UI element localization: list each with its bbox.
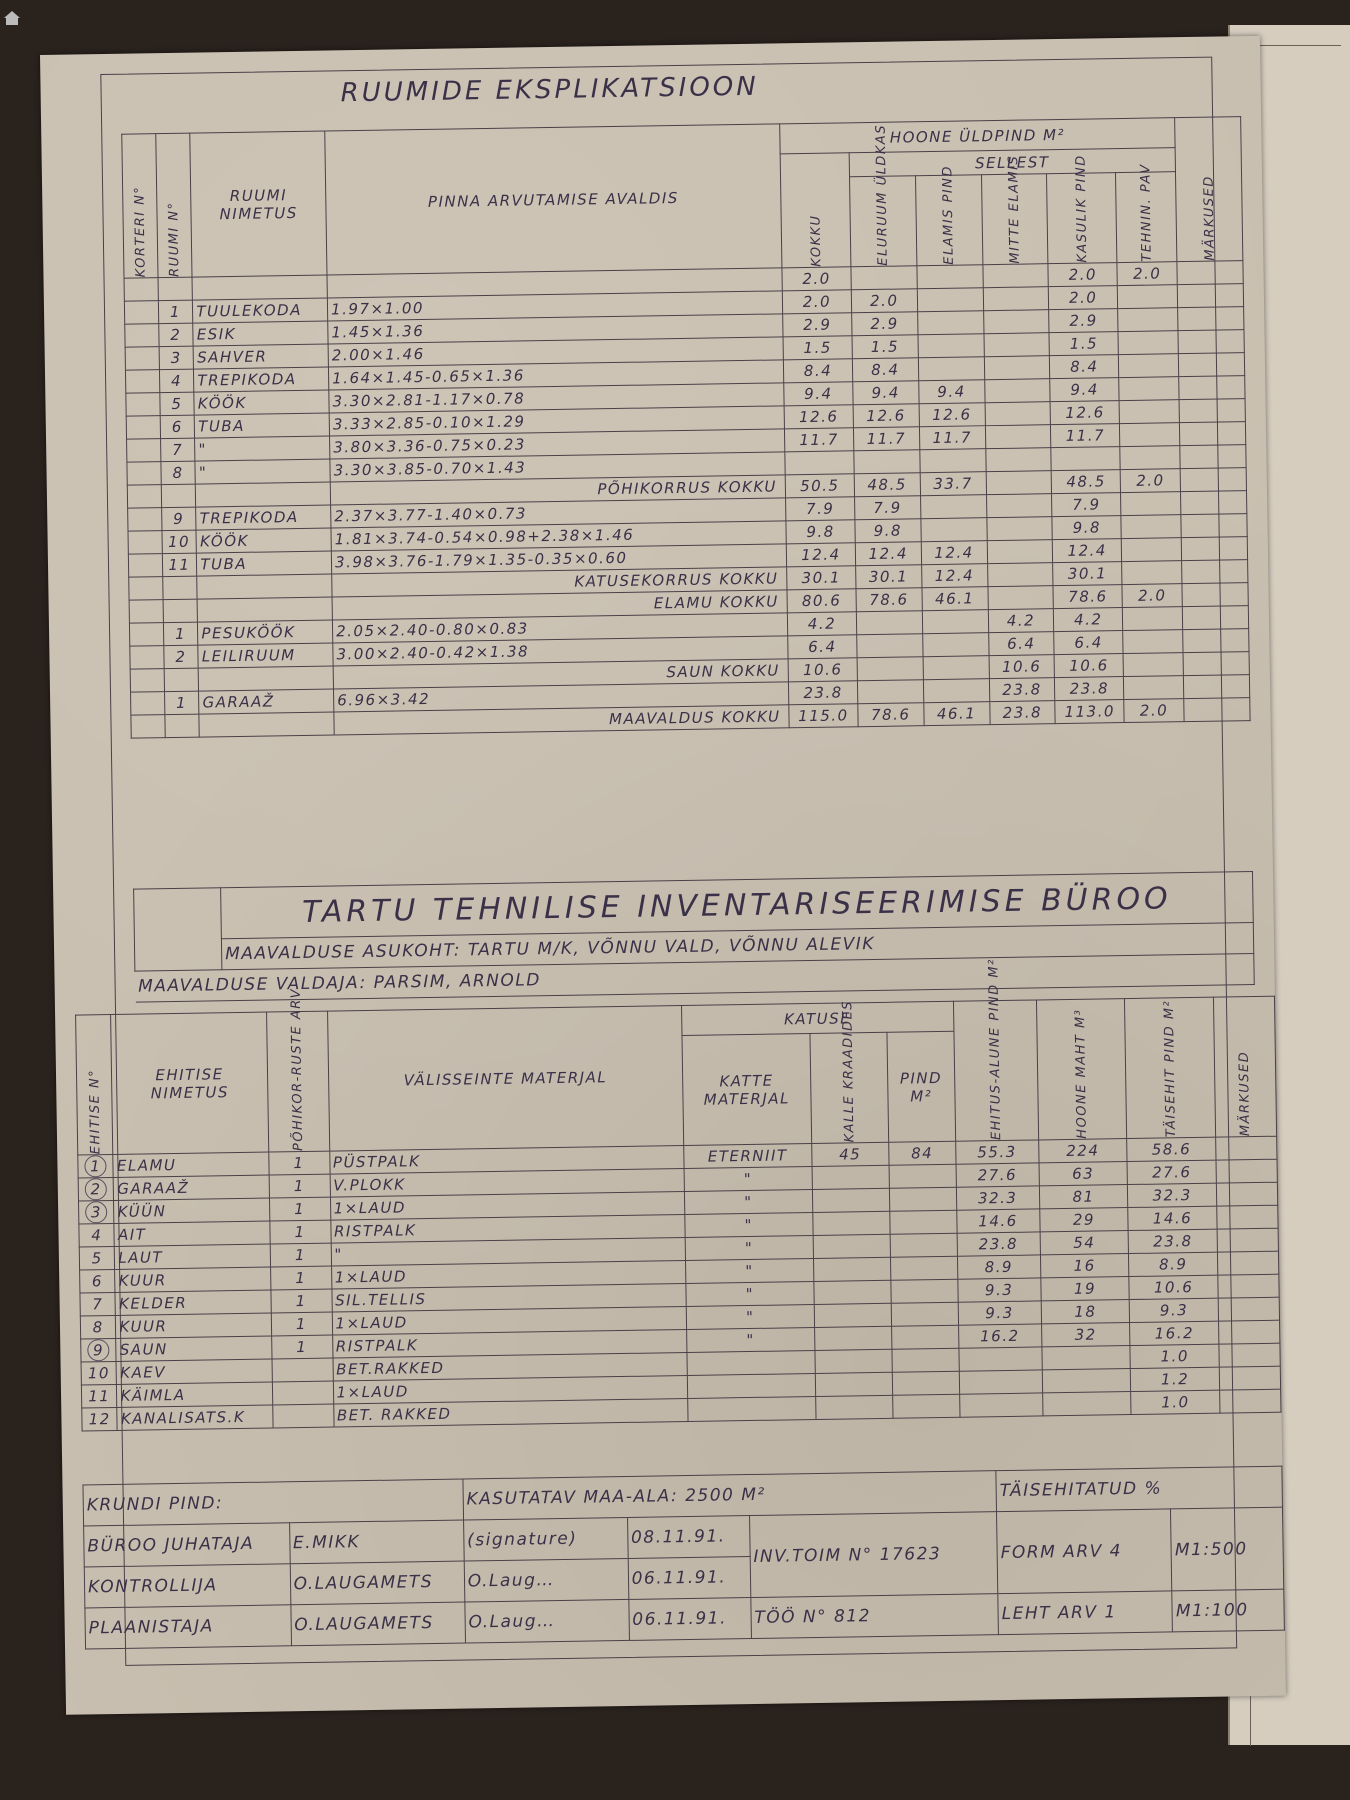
header-elamis-pind: ELAMIS PIND	[915, 175, 982, 266]
header-pind: PIND M²	[887, 1031, 955, 1142]
header-pohikorruste-arv: PÕHIKOR-RUSTE ARV	[266, 1011, 329, 1152]
signature-block: KRUNDI PIND: KASUTATAV MAA-ALA: 2500 M² …	[82, 1466, 1284, 1650]
header-kokku: KOKKU	[780, 153, 851, 268]
header-valisseinte-materjal: VÄLISSEINTE MATERJAL	[327, 1006, 684, 1152]
header-hoone-maht: HOONE MAHT M³	[1036, 999, 1127, 1140]
signature: (signature)	[463, 1517, 627, 1561]
leht-arv: LEHT ARV 1	[998, 1591, 1173, 1635]
header-pinna-avaldis: PINNA ARVUTAMISE AVALDIS	[325, 124, 782, 275]
header-katuse: KATUSE	[682, 1001, 954, 1035]
header-markused: MÄRKUSED	[1213, 996, 1276, 1137]
too-no: TÖÖ N° 812	[751, 1594, 999, 1639]
header-markused: MÄRKUSED	[1175, 117, 1243, 262]
room-explication-table: KORTERI N° RUUMI N° RUUMI NIMETUS PINNA …	[121, 116, 1250, 739]
header-kasulik-pind: KASULIK PIND	[1047, 173, 1117, 264]
header-ehitise-nimetus: EHITISE NIMETUS	[111, 1012, 268, 1154]
bureau-header: TARTU TEHNILISE INVENTARISEERIMISE BÜROO…	[133, 871, 1255, 1003]
header-ehitise-no: EHITISE N°	[76, 1015, 114, 1156]
header-kalle: KALLE KRAADIDES	[809, 1032, 888, 1143]
header-eluruum: ELURUUM ÜLDKAS	[849, 176, 916, 267]
form-arv: FORM ARV 4	[997, 1509, 1173, 1594]
header-tehn-pind: TEHNIN. PAV	[1116, 172, 1177, 263]
home-icon	[2, 8, 22, 28]
header-mitte-elamis: MITTE ELAMIS	[981, 174, 1048, 265]
header-ruumi-no: RUUMI N°	[155, 133, 192, 278]
header-ruumi-nimetus: RUUMI NIMETUS	[190, 131, 327, 277]
signature: O.Laug…	[464, 1558, 628, 1602]
header-katte-materjal: KATTE MATERJAL	[682, 1034, 811, 1146]
buildings-table: EHITISE N° EHITISE NIMETUS PÕHIKOR-RUSTE…	[75, 996, 1281, 1432]
header-ehitusalune-pind: EHITUS-ALUNE PIND M²	[953, 1000, 1038, 1141]
krundi-pind: KRUNDI PIND:	[83, 1479, 463, 1526]
inventory-sheet: RUUMIDE EKSPLIKATSIOON KORTERI N° RUUMI …	[40, 36, 1286, 1715]
taisehitatud: TÄISEHITATUD %	[996, 1466, 1283, 1511]
inv-toim: INV.TOIM N° 17623	[749, 1512, 998, 1598]
scale-500: M1:500	[1171, 1507, 1284, 1591]
header-korteri-no: KORTERI N°	[122, 134, 158, 279]
scale-100: M1:100	[1172, 1589, 1284, 1632]
header-taisehit-pind: TÄISEHIT PIND M²	[1125, 997, 1216, 1138]
signature: O.Laug…	[465, 1599, 629, 1643]
